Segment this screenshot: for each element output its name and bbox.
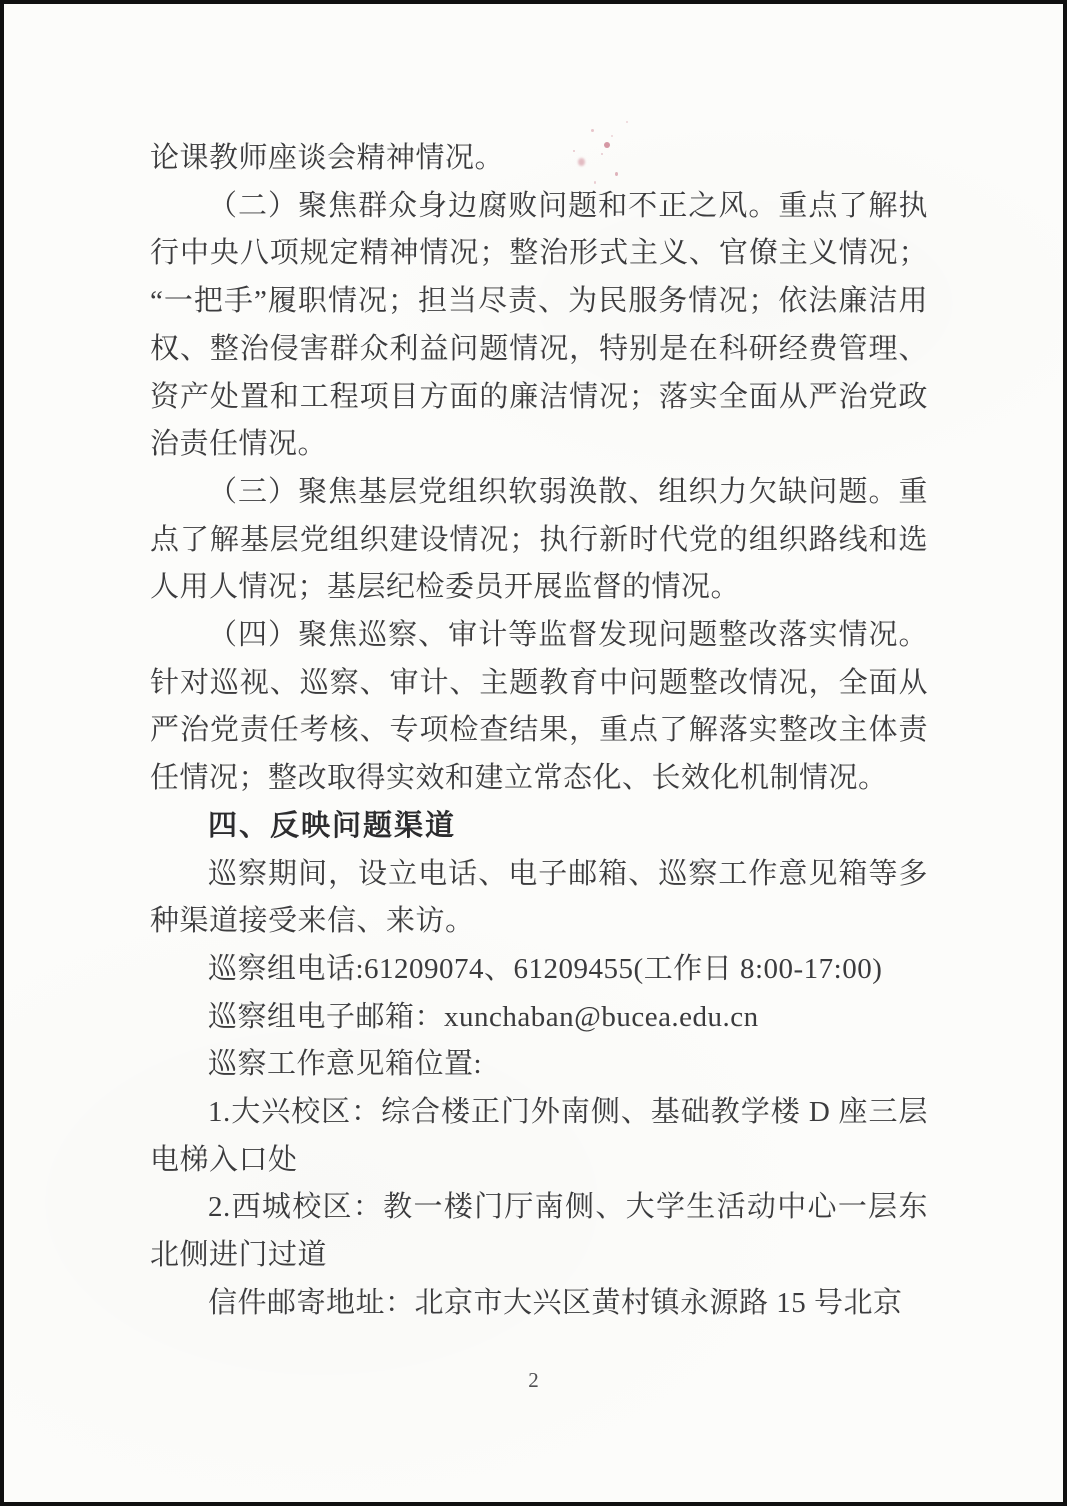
paragraph-phone: 巡察组电话:61209074、61209455(工作日 8:00-17:00) (150, 946, 928, 994)
page-number: 2 (528, 1368, 539, 1392)
paragraph-continuation: 论课教师座谈会精神情况。 (150, 135, 928, 183)
scanned-document-page: 论课教师座谈会精神情况。 （二）聚焦群众身边腐败问题和不正之风。重点了解执行中央… (0, 0, 1067, 1506)
document-body: 论课教师座谈会精神情况。 （二）聚焦群众身边腐败问题和不正之风。重点了解执行中央… (150, 135, 928, 1328)
paragraph-channels-intro: 巡察期间，设立电话、电子邮箱、巡察工作意见箱等多种渠道接受来信、来访。 (150, 851, 928, 946)
paragraph-focus-4: （四）聚焦巡察、审计等监督发现问题整改落实情况。针对巡视、巡察、审计、主题教育中… (150, 612, 928, 803)
ink-dot (626, 121, 628, 123)
paragraph-daxing-campus: 1.大兴校区：综合楼正门外南侧、基础教学楼 D 座三层电梯入口处 (150, 1089, 928, 1184)
paragraph-email: 巡察组电子邮箱：xunchaban@bucea.edu.cn (150, 994, 928, 1042)
paragraph-focus-2: （二）聚焦群众身边腐败问题和不正之风。重点了解执行中央八项规定精神情况；整治形式… (150, 183, 928, 469)
section-heading-feedback-channels: 四、反映问题渠道 (150, 803, 928, 851)
page-footer: 2 (4, 1368, 1063, 1393)
paragraph-focus-3: （三）聚焦基层党组织软弱涣散、组织力欠缺问题。重点了解基层党组织建设情况；执行新… (150, 469, 928, 612)
paragraph-mailbox-locations-label: 巡察工作意见箱位置: (150, 1041, 928, 1089)
paragraph-mailing-address: 信件邮寄地址：北京市大兴区黄村镇永源路 15 号北京 (150, 1280, 928, 1328)
ink-dot (591, 129, 594, 132)
paragraph-xicheng-campus: 2.西城校区：教一楼门厅南侧、大学生活动中心一层东北侧进门过道 (150, 1184, 928, 1279)
